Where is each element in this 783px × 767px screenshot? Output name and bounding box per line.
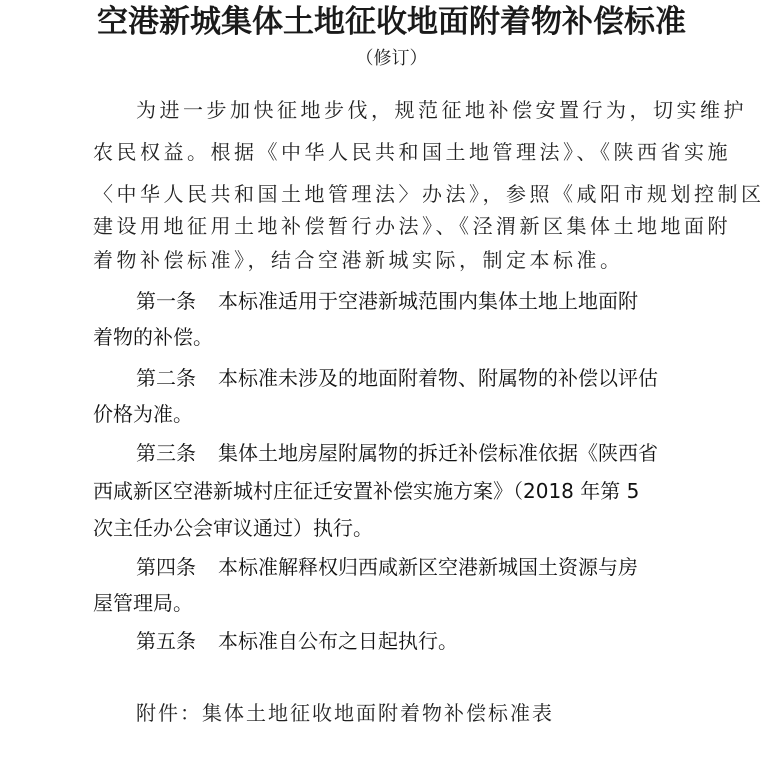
preamble-line: 着物补偿标准》，结合空港新城实际，制定本标准。: [93, 245, 693, 275]
document-title: 空港新城集体土地征收地面附着物补偿标准: [0, 2, 783, 42]
article-label: 第一条: [136, 286, 218, 316]
article-text: 本标准适用于空港新城范围内集体土地上地面附: [218, 289, 638, 313]
article-continuation-line: 次主任办公会审议通过）执行。: [93, 513, 693, 543]
article-first-line: 第一条本标准适用于空港新城范围内集体土地上地面附: [136, 286, 736, 316]
article-label: 第四条: [136, 552, 218, 582]
article-label: 第三条: [136, 438, 218, 468]
article-label: 第五条: [136, 626, 218, 656]
article-text: 集体土地房屋附属物的拆迁补偿标准依据《陕西省: [218, 441, 658, 465]
article-continuation-line: 价格为准。: [93, 399, 693, 429]
article-continuation-line: 屋管理局。: [93, 588, 693, 618]
article-first-line: 第五条本标准自公布之日起执行。: [136, 626, 736, 656]
preamble-line: 〈中华人民共和国土地管理法〉办法》，参照《咸阳市规划控制区: [93, 179, 693, 209]
article-label: 第二条: [136, 363, 218, 393]
article-first-line: 第三条集体土地房屋附属物的拆迁补偿标准依据《陕西省: [136, 438, 736, 468]
article-continuation-line: 着物的补偿。: [93, 322, 693, 352]
article-continuation-line: 西咸新区空港新城村庄征迁安置补偿实施方案》（2018 年第 5: [93, 476, 693, 506]
article-first-line: 第四条本标准解释权归西咸新区空港新城国土资源与房: [136, 552, 736, 582]
preamble-line: 农民权益。根据《中华人民共和国土地管理法》、《陕西省实施: [93, 137, 693, 167]
preamble-line: 建设用地征用土地补偿暂行办法》、《泾渭新区集体土地地面附: [93, 211, 693, 241]
document-subtitle: （修订）: [0, 46, 783, 72]
article-first-line: 第二条本标准未涉及的地面附着物、附属物的补偿以评估: [136, 363, 736, 393]
article-text: 本标准未涉及的地面附着物、附属物的补偿以评估: [218, 366, 658, 390]
attachment-note: 附件：集体土地征收地面附着物补偿标准表: [136, 698, 736, 728]
preamble-line: 为进一步加快征地步伐，规范征地补偿安置行为，切实维护: [136, 95, 736, 125]
document-page: 空港新城集体土地征收地面附着物补偿标准 （修订） 为进一步加快征地步伐，规范征地…: [0, 0, 783, 767]
article-text: 本标准解释权归西咸新区空港新城国土资源与房: [218, 555, 638, 579]
article-text: 本标准自公布之日起执行。: [218, 629, 458, 653]
